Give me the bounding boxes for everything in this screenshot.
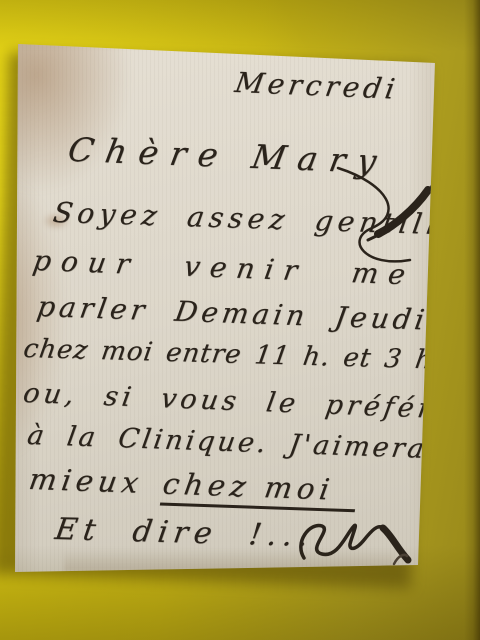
ink-flourish bbox=[366, 184, 436, 246]
lighting-shade-top bbox=[0, 0, 480, 52]
letter-body-text: mieux bbox=[27, 462, 146, 500]
letter-date-line: Mercredi bbox=[233, 66, 401, 106]
lighting-shade-right-edge bbox=[464, 0, 480, 640]
photo-background: Mercredi Chère Mary Soyez assez gentille… bbox=[0, 0, 480, 640]
letter-closing-line: Et dire !... bbox=[53, 512, 317, 554]
letter-paper: Mercredi Chère Mary Soyez assez gentille… bbox=[14, 44, 438, 574]
